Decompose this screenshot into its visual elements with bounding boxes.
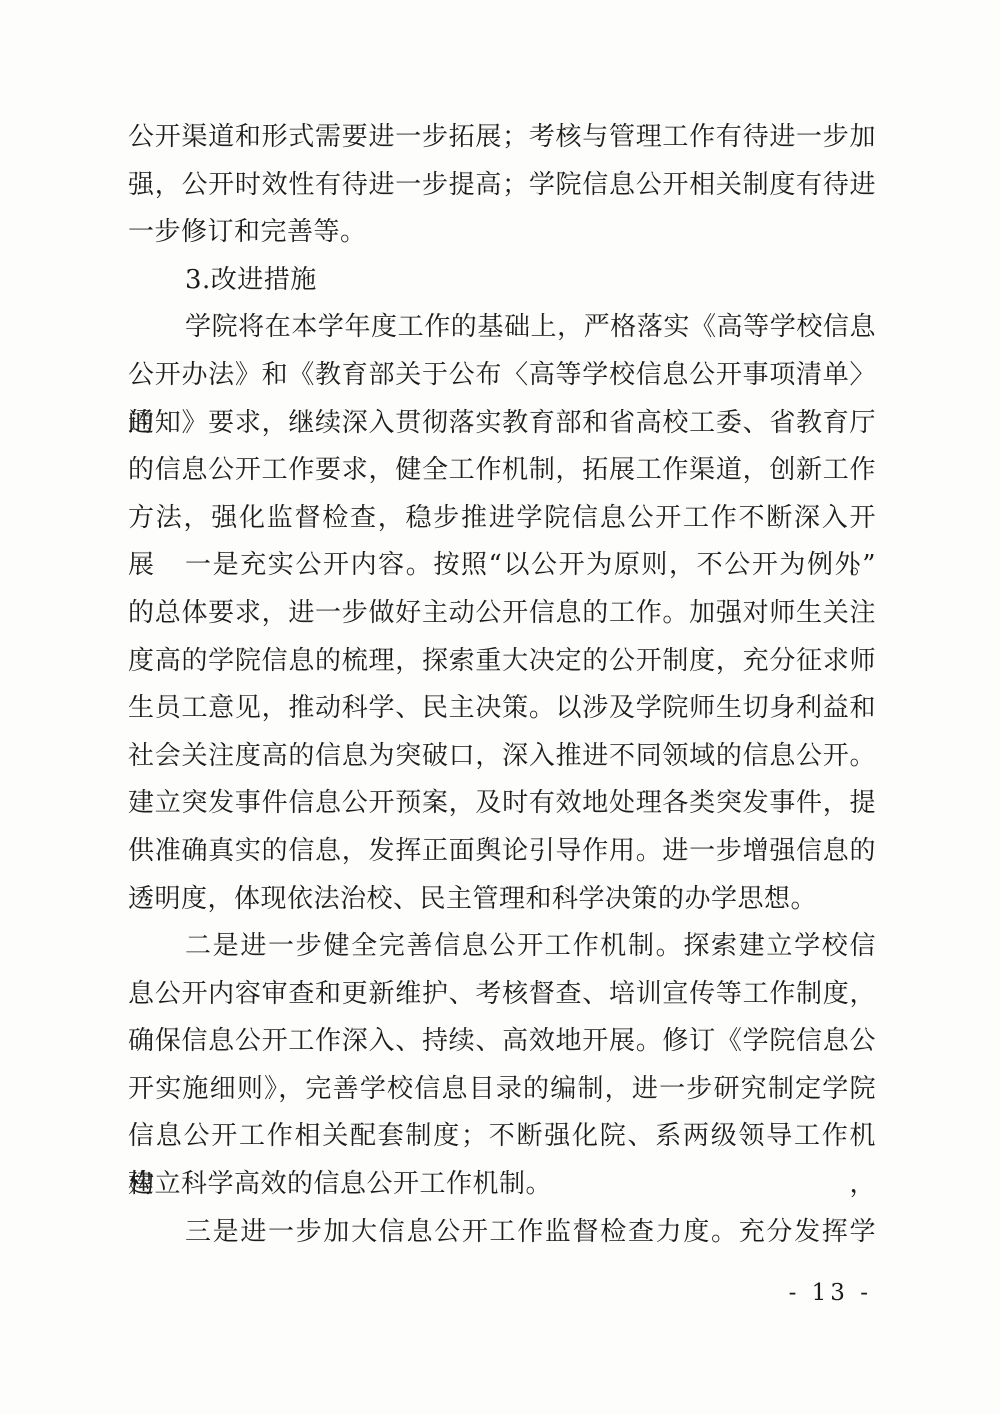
text-line: 息公开内容审查和更新维护、考核督查、培训宣传等工作制度， bbox=[128, 971, 876, 1019]
text-line: 供准确真实的信息，发挥正面舆论引导作用。进一步增强信息的 bbox=[128, 828, 876, 876]
document-page: 公开渠道和形式需要进一步拓展；考核与管理工作有待进一步加强，公开时效性有待进一步… bbox=[0, 0, 1000, 1414]
text-line: 确保信息公开工作深入、持续、高效地开展。修订《学院信息公 bbox=[128, 1018, 876, 1066]
text-line: 度高的学院信息的梳理，探索重大决定的公开制度，充分征求师 bbox=[128, 638, 876, 686]
document-body: 公开渠道和形式需要进一步拓展；考核与管理工作有待进一步加强，公开时效性有待进一步… bbox=[128, 114, 876, 1256]
text-line: 社会关注度高的信息为突破口，深入推进不同领域的信息公开。 bbox=[128, 733, 876, 781]
text-line: 信息公开工作相关配套制度；不断强化院、系两级领导工作机构， bbox=[128, 1113, 876, 1161]
text-line: 方法，强化监督检查，稳步推进学院信息公开工作不断深入开展。 bbox=[128, 495, 876, 543]
text-line: 二是进一步健全完善信息公开工作机制。探索建立学校信 bbox=[128, 923, 876, 971]
text-line: 公开渠道和形式需要进一步拓展；考核与管理工作有待进一步加 bbox=[128, 114, 876, 162]
text-line: 生员工意见，推动科学、民主决策。以涉及学院师生切身利益和 bbox=[128, 685, 876, 733]
text-line: 三是进一步加大信息公开工作监督检查力度。充分发挥学 bbox=[128, 1209, 876, 1257]
text-line: 一步修订和完善等。 bbox=[128, 209, 876, 257]
text-line: 通知》要求，继续深入贯彻落实教育部和省高校工委、省教育厅 bbox=[128, 400, 876, 448]
text-line: 开实施细则》，完善学校信息目录的编制，进一步研究制定学院 bbox=[128, 1066, 876, 1114]
text-line: 公开办法》和《教育部关于公布〈高等学校信息公开事项清单〉的 bbox=[128, 352, 876, 400]
text-line: 强，公开时效性有待进一步提高；学院信息公开相关制度有待进 bbox=[128, 162, 876, 210]
text-line: 建立突发事件信息公开预案，及时有效地处理各类突发事件，提 bbox=[128, 780, 876, 828]
text-line: 透明度，体现依法治校、民主管理和科学决策的办学思想。 bbox=[128, 876, 876, 924]
text-line: 学院将在本学年度工作的基础上，严格落实《高等学校信息 bbox=[128, 304, 876, 352]
footer-page-number: - 13 - bbox=[789, 1280, 872, 1306]
text-line: 一是充实公开内容。按照“以公开为原则，不公开为例外” bbox=[128, 542, 876, 590]
text-line: 3.改进措施 bbox=[128, 257, 876, 305]
text-line: 的总体要求，进一步做好主动公开信息的工作。加强对师生关注 bbox=[128, 590, 876, 638]
text-line: 的信息公开工作要求，健全工作机制，拓展工作渠道，创新工作 bbox=[128, 447, 876, 495]
